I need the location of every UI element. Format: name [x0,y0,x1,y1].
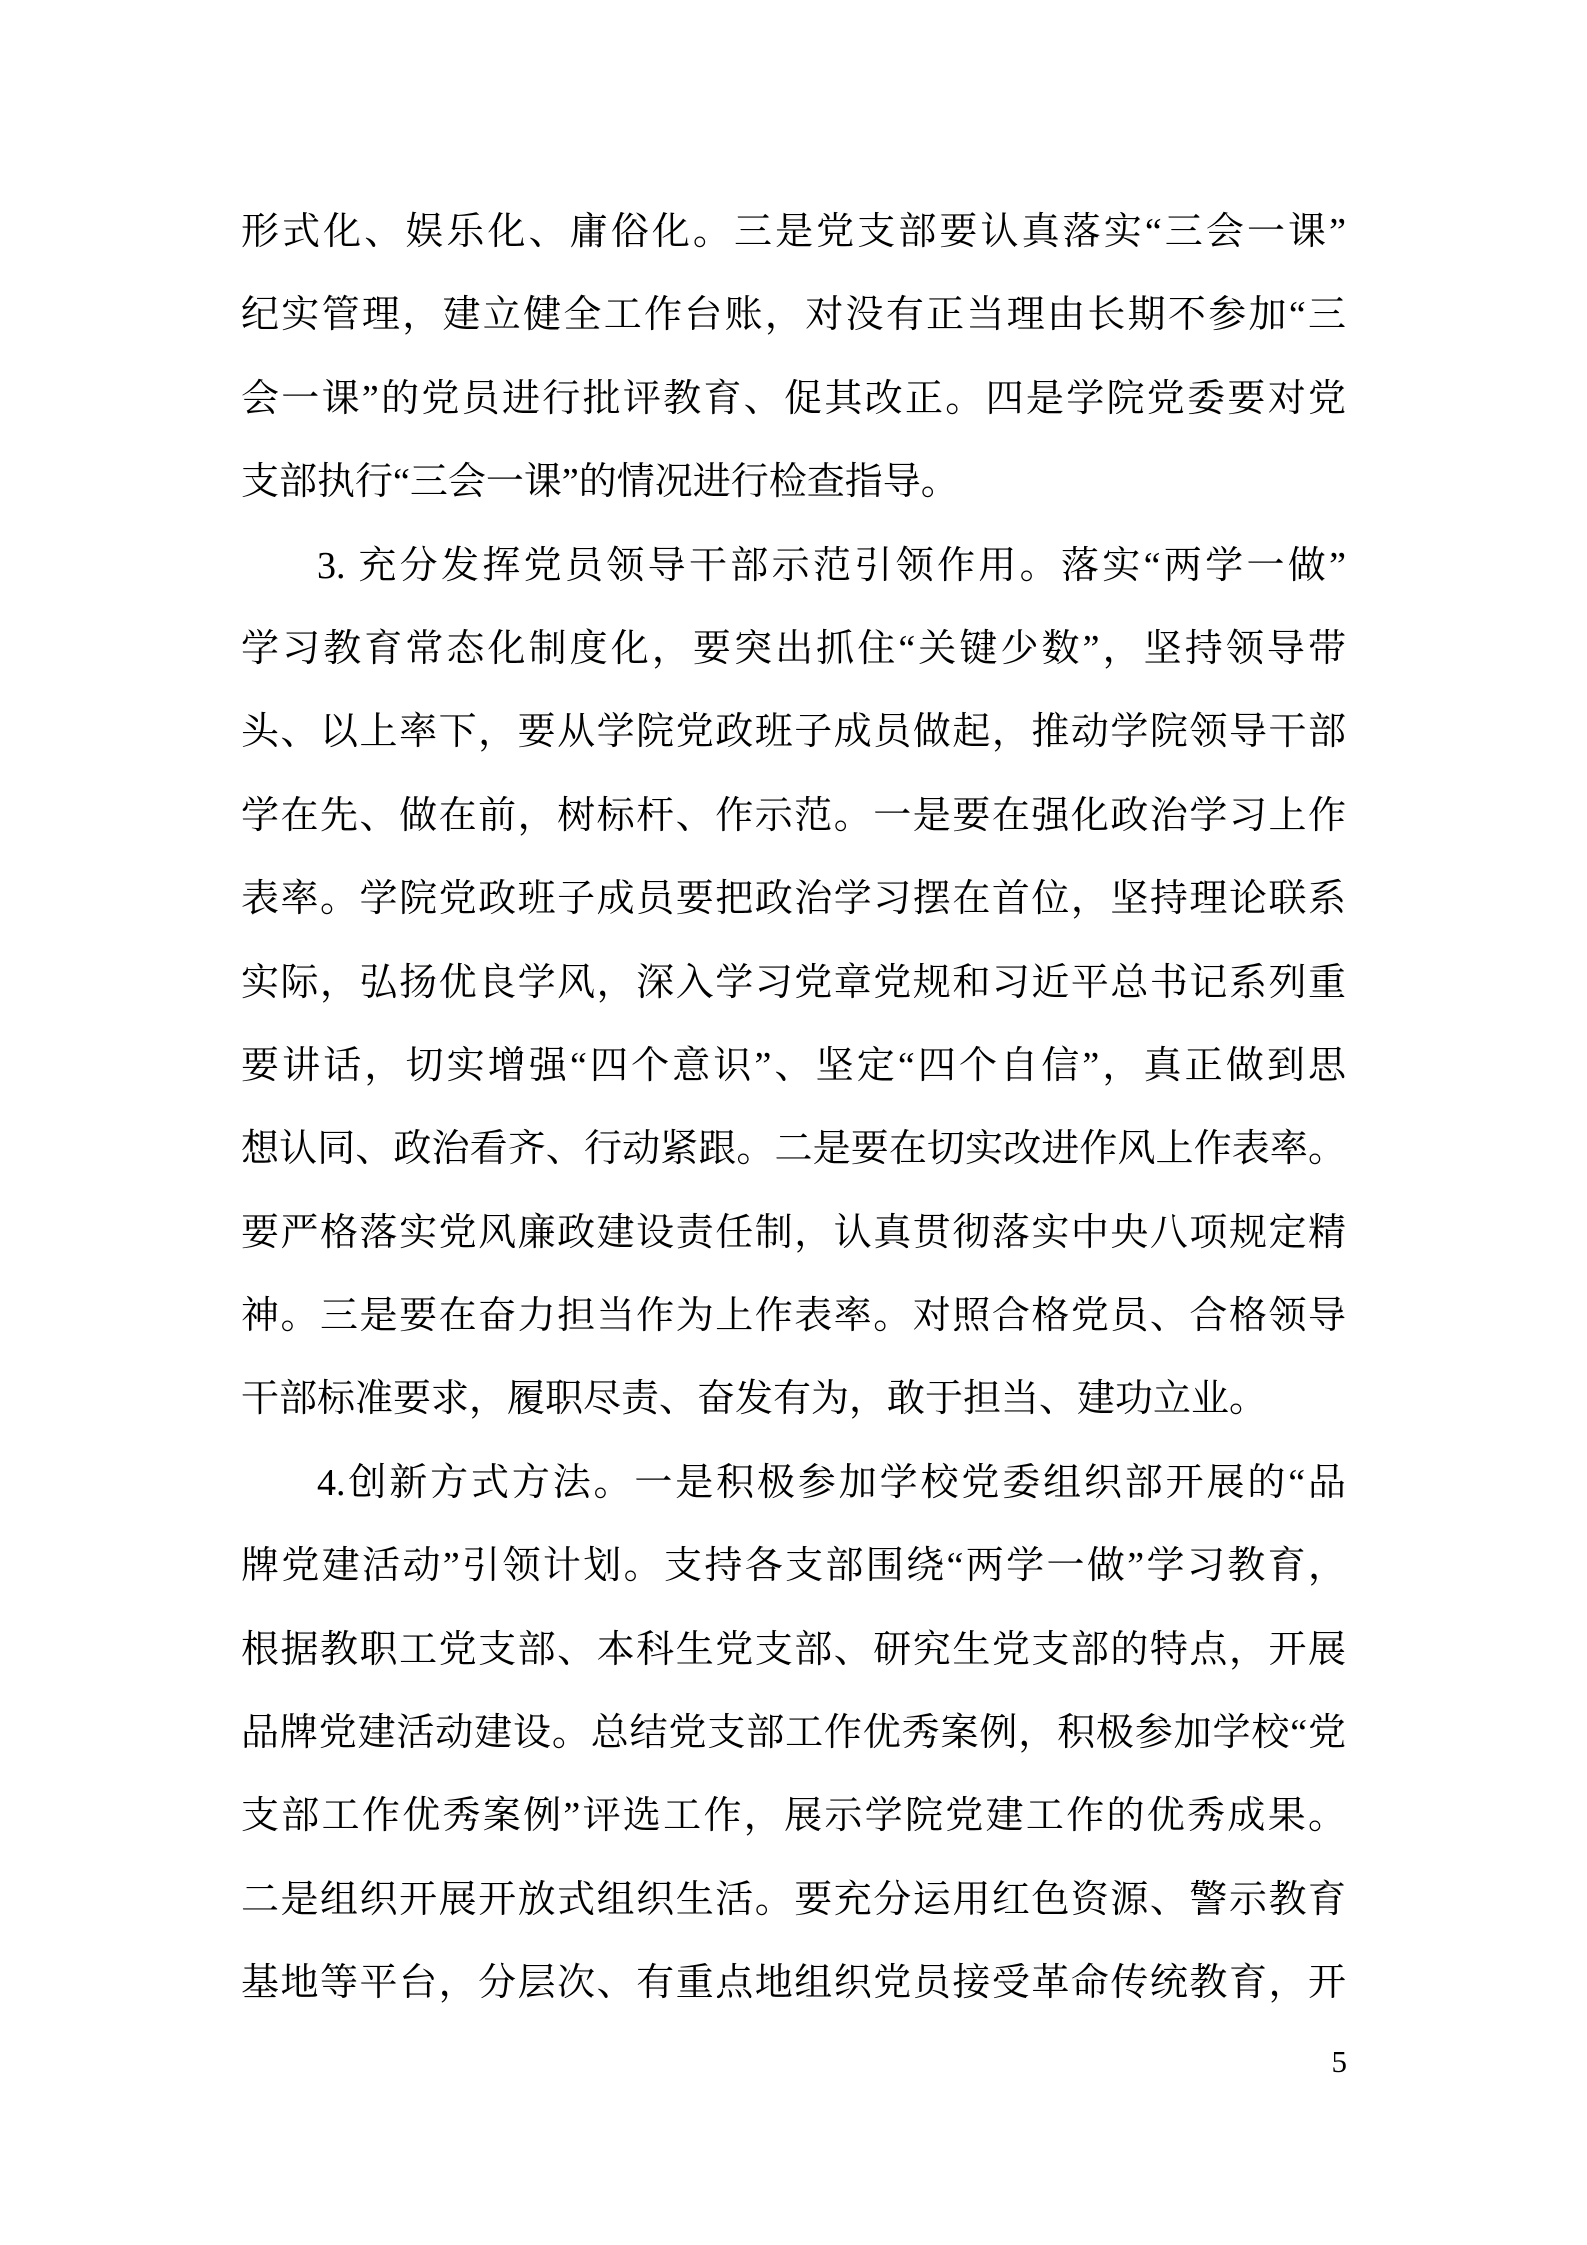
text-line: 干部标准要求，履职尽责、奋发有为，敢于担当、建功立业。 [241,1358,1346,1441]
text-line: 学习教育常态化制度化，要突出抓住“关键少数”，坚持领导带 [241,608,1346,691]
text-line: 要严格落实党风廉政建设责任制，认真贯彻落实中央八项规定精 [241,1192,1346,1275]
text-line: 实际，弘扬优良学风，深入学习党章党规和习近平总书记系列重 [241,942,1346,1025]
text-line: 二是组织开展开放式组织生活。要充分运用红色资源、警示教育 [241,1859,1346,1942]
text-line: 纪实管理，建立健全工作台账，对没有正当理由长期不参加“三 [241,274,1346,357]
text-line: 4.创新方式方法。一是积极参加学校党委组织部开展的“品 [241,1442,1346,1525]
text-line: 会一课”的党员进行批评教育、促其改正。四是学院党委要对党 [241,358,1346,441]
text-line: 牌党建活动”引领计划。支持各支部围绕“两学一做”学习教育， [241,1525,1346,1608]
text-line: 品牌党建活动建设。总结党支部工作优秀案例，积极参加学校“党 [241,1692,1346,1775]
text-line: 支部工作优秀案例”评选工作，展示学院党建工作的优秀成果。 [241,1775,1346,1858]
text-line: 神。三是要在奋力担当作为上作表率。对照合格党员、合格领导 [241,1275,1346,1358]
text-line: 头、以上率下，要从学院党政班子成员做起，推动学院领导干部 [241,691,1346,774]
text-line: 支部执行“三会一课”的情况进行检查指导。 [241,441,1346,524]
text-line: 基地等平台，分层次、有重点地组织党员接受革命传统教育，开 [241,1942,1346,2025]
text-lines: 形式化、娱乐化、庸俗化。三是党支部要认真落实“三会一课”纪实管理，建立健全工作台… [241,191,1346,2026]
text-line: 学在先、做在前，树标杆、作示范。一是要在强化政治学习上作 [241,775,1346,858]
text-line: 根据教职工党支部、本科生党支部、研究生党支部的特点，开展 [241,1609,1346,1692]
text-line: 表率。学院党政班子成员要把政治学习摆在首位，坚持理论联系 [241,858,1346,941]
text-line: 形式化、娱乐化、庸俗化。三是党支部要认真落实“三会一课” [241,191,1346,274]
document-page: 形式化、娱乐化、庸俗化。三是党支部要认真落实“三会一课”纪实管理，建立健全工作台… [0,0,1587,2245]
text-line: 想认同、政治看齐、行动紧跟。二是要在切实改进作风上作表率。 [241,1108,1346,1191]
text-line: 3. 充分发挥党员领导干部示范引领作用。落实“两学一做” [241,525,1346,608]
text-line: 要讲话，切实增强“四个意识”、坚定“四个自信”，真正做到思 [241,1025,1346,1108]
page-number: 5 [1332,2042,1348,2082]
